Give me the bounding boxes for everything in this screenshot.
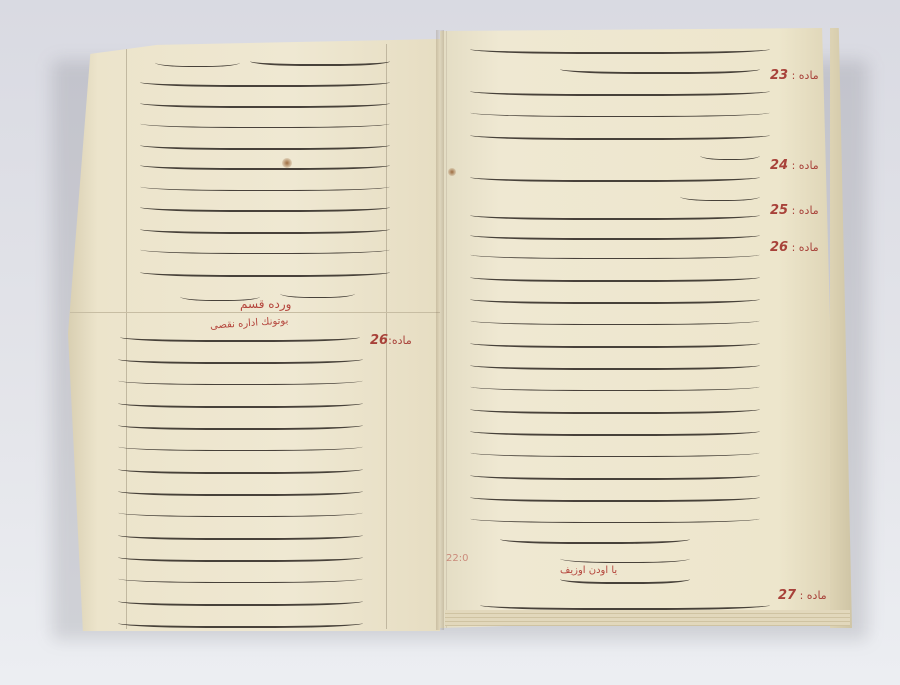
page-bottom-stack (445, 610, 850, 626)
faint-margin-note: 22:0 (446, 553, 468, 564)
page-fold-crease (70, 312, 440, 313)
book-gutter (436, 30, 444, 630)
gutter-rule (446, 28, 447, 628)
article-marker-27: 27 : ماده (778, 588, 827, 603)
article-marker-left-26: 26:ماده (370, 333, 412, 348)
red-section-heading: ورده قسم (240, 297, 291, 311)
ink-stain (448, 168, 456, 176)
article-marker-26: 26 : ماده (770, 240, 819, 255)
article-marker-23: 23 : ماده (770, 68, 819, 83)
red-interlinear-note: یا اودن اوزیف (560, 565, 617, 576)
article-marker-25: 25 : ماده (770, 203, 819, 218)
ink-stain (282, 158, 292, 168)
article-marker-24: 24 : ماده (770, 158, 819, 173)
